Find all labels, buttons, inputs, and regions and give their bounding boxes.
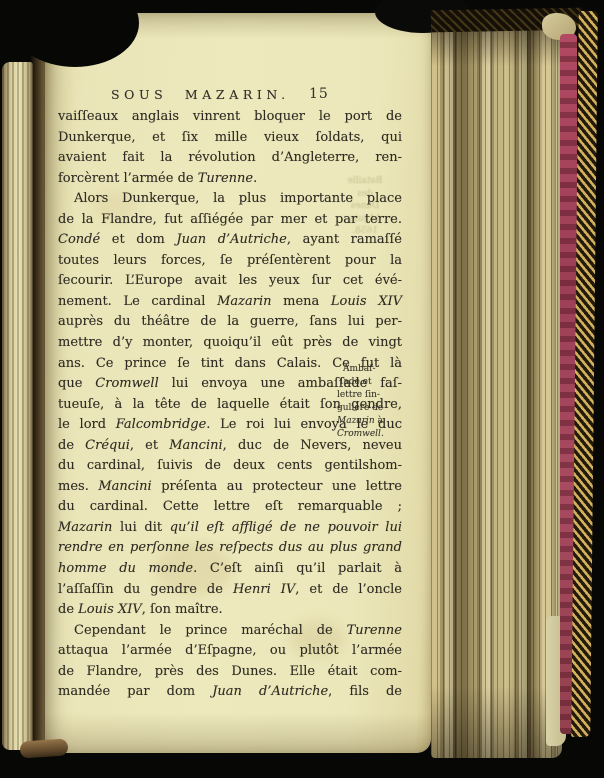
left-page-fore-edge [2,62,33,750]
margin-note-line: Mazarin à [337,415,407,428]
margin-note-line: Ambaſ- [337,363,407,376]
book-page: SOUS MAZARIN. 15 BatailledesDunes14 juin… [45,13,431,753]
body-line: rendre en perſonne les reſpects dus au p… [58,538,402,559]
body-line: nement. Le cardinal Mazarin mena Louis X… [58,292,402,313]
body-line: de Flandre, près des Dunes. Elle était c… [58,662,402,683]
body-line: attaqua l’armée d’Eſpagne, ou plutôt l’a… [58,641,402,662]
body-line: homme du monde. C’eſt ainſi qu’il parlai… [58,559,402,580]
margin-note: Ambaſ-ſade etlettre ſin-gulière deMazari… [337,363,407,441]
body-line: du cardinal. Cette lettre eſt remarquabl… [58,497,402,518]
body-line: avaient fait la révolution d’Angleterre,… [58,148,402,169]
body-line: auprès du théâtre de la guerre, ſans lui… [58,312,402,333]
body-line: de la Flandre, fut aſſiégée par mer et p… [58,210,402,231]
running-title: SOUS MAZARIN. [111,87,290,102]
right-page-fore-edge [431,26,562,758]
body-line: l’aſſaſſin du gendre de Henri IV, et de … [58,580,402,601]
body-line: mettre d’y monter, quoiqu’il eût près de… [58,333,402,354]
body-line: du cardinal, ſuivis de deux cents gentil… [58,456,402,477]
body-line: ſecourir. L’Europe avait les yeux ſur ce… [58,271,402,292]
body-line: Condé et dom Juan d’Autriche, ayant rama… [58,230,402,251]
margin-note-line: gulière de [337,402,407,415]
margin-note-line: Cromwell. [337,428,407,441]
body-line: mandée par dom Juan d’Autriche, fils de [58,682,402,703]
body-line: mes. Mancini préſenta au protecteur une … [58,477,402,498]
body-line: forcèrent l’armée de Turenne. [58,169,402,190]
book-photo: SOUS MAZARIN. 15 BatailledesDunes14 juin… [0,0,604,778]
body-line: Dunkerque, et ſix mille vieux ſoldats, q… [58,128,402,149]
body-line: Mazarin lui dit qu’il eſt affligé de ne … [58,518,402,539]
body-line: toutes leurs forces, ſe préſentèrent pou… [58,251,402,272]
margin-note-line: lettre ſin- [337,389,407,402]
tailband [19,738,68,758]
page-number: 15 [309,86,329,102]
running-header: SOUS MAZARIN. 15 [45,87,431,107]
margin-note-line: ſade et [337,376,407,389]
body-line: de Louis XIV, ſon maître. [58,600,402,621]
body-line: vaiſſeaux anglais vinrent bloquer le por… [58,107,402,128]
body-line: Alors Dunkerque, la plus importante plac… [58,189,402,210]
body-line: Cependant le prince maréchal de Turenne [58,621,402,642]
